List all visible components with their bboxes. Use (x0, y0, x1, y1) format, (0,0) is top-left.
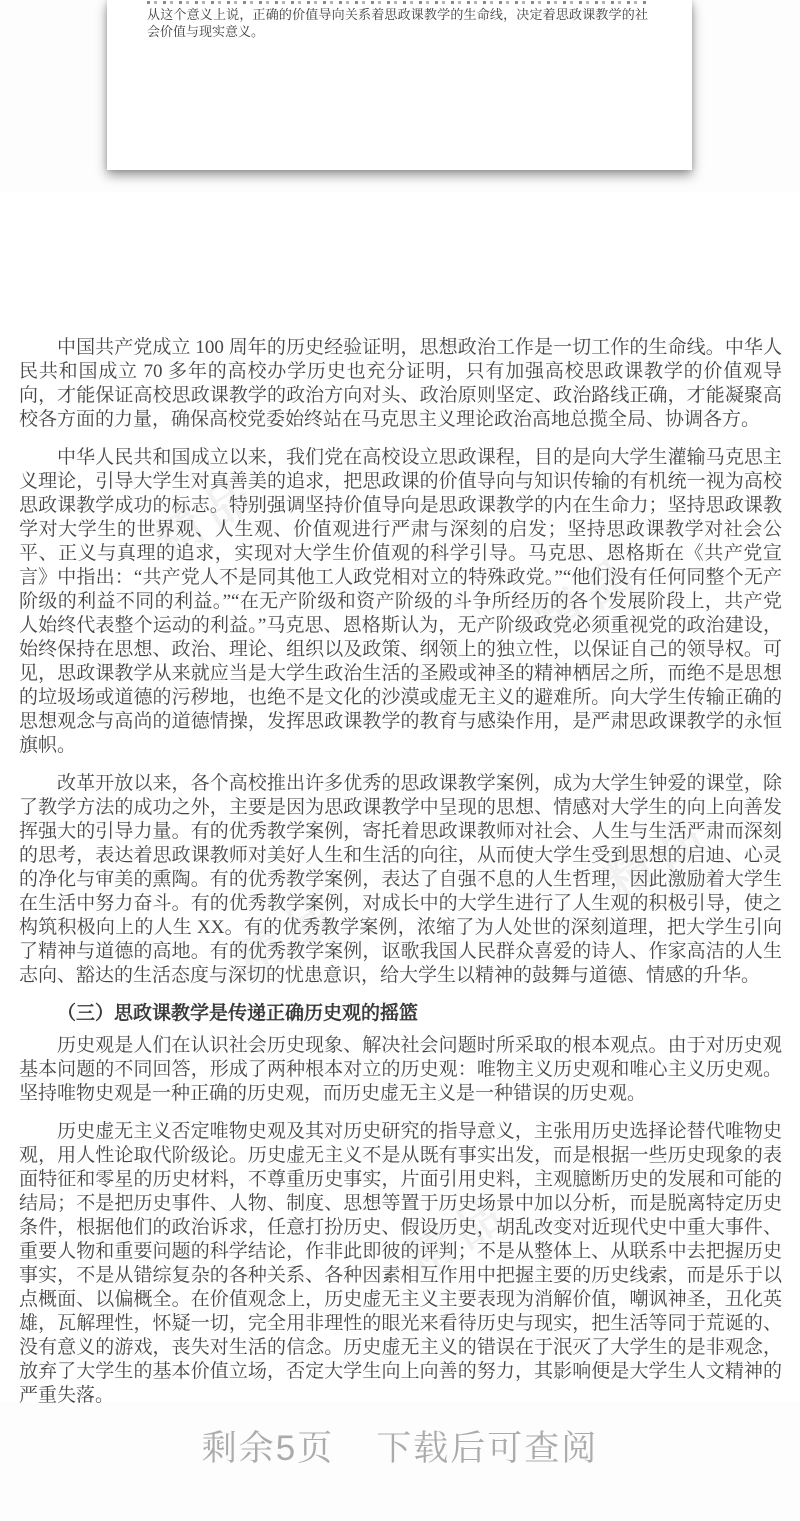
remaining-pages-hint: 剩余5页下载后可查阅 (0, 1421, 800, 1471)
paragraph: 历史虚无主义否定唯物史观及其对历史研究的指导意义，主张用历史选择论替代唯物史观，… (19, 1120, 782, 1408)
paragraph: 历史观是人们在认识社会历史现象、解决社会问题时所采取的根本观点。由于对历史观基本… (19, 1034, 782, 1106)
paragraph: 中国共产党成立 100 周年的历史经验证明，思想政治工作是一切工作的生命线。中华… (19, 336, 782, 432)
paragraph: 中华人民共和国成立以来，我们党在高校设立思政课程，目的是向大学生灌输马克思主义理… (19, 446, 782, 758)
page1-tail-paragraph: 从这个意义上说，正确的价值导向关系着思政课教学的生命线，决定着思政课教学的社会价… (147, 7, 648, 40)
section-heading: （三）思政课教学是传递正确历史观的摇篮 (19, 1002, 782, 1026)
remaining-pages-count: 剩余5页 (202, 1429, 334, 1468)
clipped-text-line (147, 1, 648, 4)
document-body: 中国共产党成立 100 周年的历史经验证明，思想政治工作是一切工作的生命线。中华… (0, 336, 800, 1422)
download-to-view-hint: 下载后可查阅 (376, 1429, 598, 1468)
paragraph: 改革开放以来，各个高校推出许多优秀的思政课教学案例，成为大学生钟爱的课堂，除了教… (19, 772, 782, 988)
document-preview-page-1: 从这个意义上说，正确的价值导向关系着思政课教学的生命线，决定着思政课教学的社会价… (107, 0, 692, 170)
